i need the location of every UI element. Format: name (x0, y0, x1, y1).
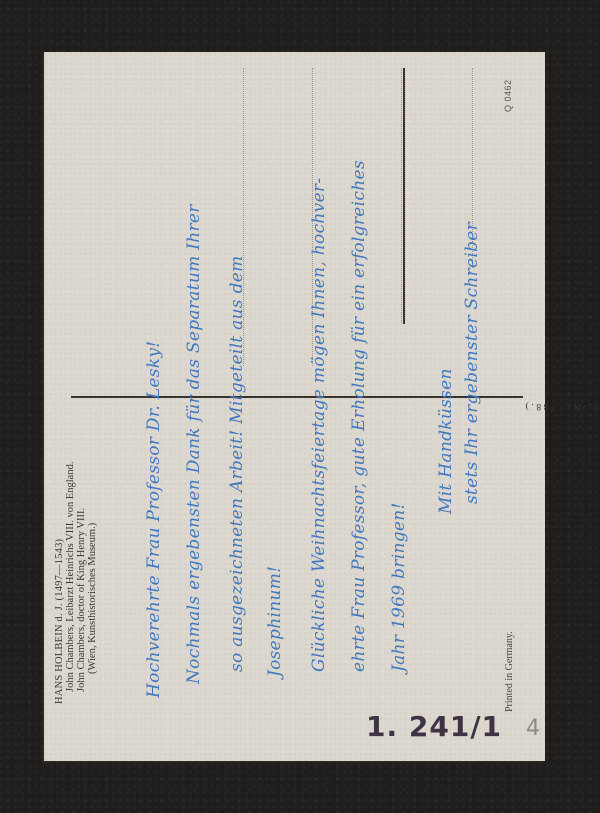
pencil-mark: 4 (526, 716, 540, 741)
caption-museum: (Wien, Kunsthistorisches Museum.) (87, 462, 98, 704)
archive-number: 1. 241/1 (366, 710, 502, 743)
address-dotted-line-3 (401, 68, 402, 323)
handwriting-closing-2: stets Ihr ergebenster Schreiber (462, 222, 482, 504)
caption-title: HANS HOLBEIN d. J. (1497—1543) (54, 462, 65, 704)
handwriting-line-1: Hochverehrte Frau Professor Dr. Lesky! (144, 341, 164, 698)
handwriting-line-7: Jahr 1969 bringen! (389, 502, 409, 672)
printed-in-label: Printed in Germany. (504, 631, 515, 712)
artwork-caption: HANS HOLBEIN d. J. (1497—1543) John Cham… (54, 462, 98, 704)
handwriting-line-3: so ausgezeichneten Arbeit! Mitgeteilt au… (227, 255, 247, 672)
stamp-divider-line (403, 68, 405, 324)
handwriting-line-4: Josephinum! (265, 566, 285, 677)
handwriting-closing-1: Mit Handküssen (436, 368, 456, 514)
handwriting-line-5: Glückliche Weihnachtsfeiertage mögen Ihn… (309, 178, 329, 672)
postcard-back: KUNSTVERLAG WOLFRUM, WIEN I. (Verl.-Nr. … (44, 52, 545, 761)
handwriting-line-6: ehrte Frau Professor, gute Erholung für … (349, 160, 369, 672)
card-code: Q 0462 (503, 79, 513, 112)
caption-line-german: John Chambers, Leibarzt Heinrichs VIII. … (65, 462, 76, 704)
caption-line-english: John Chambers, doctor of King Henry VIII… (76, 462, 87, 704)
handwriting-line-2: Nochmals ergebensten Dank für das Separa… (184, 204, 204, 684)
